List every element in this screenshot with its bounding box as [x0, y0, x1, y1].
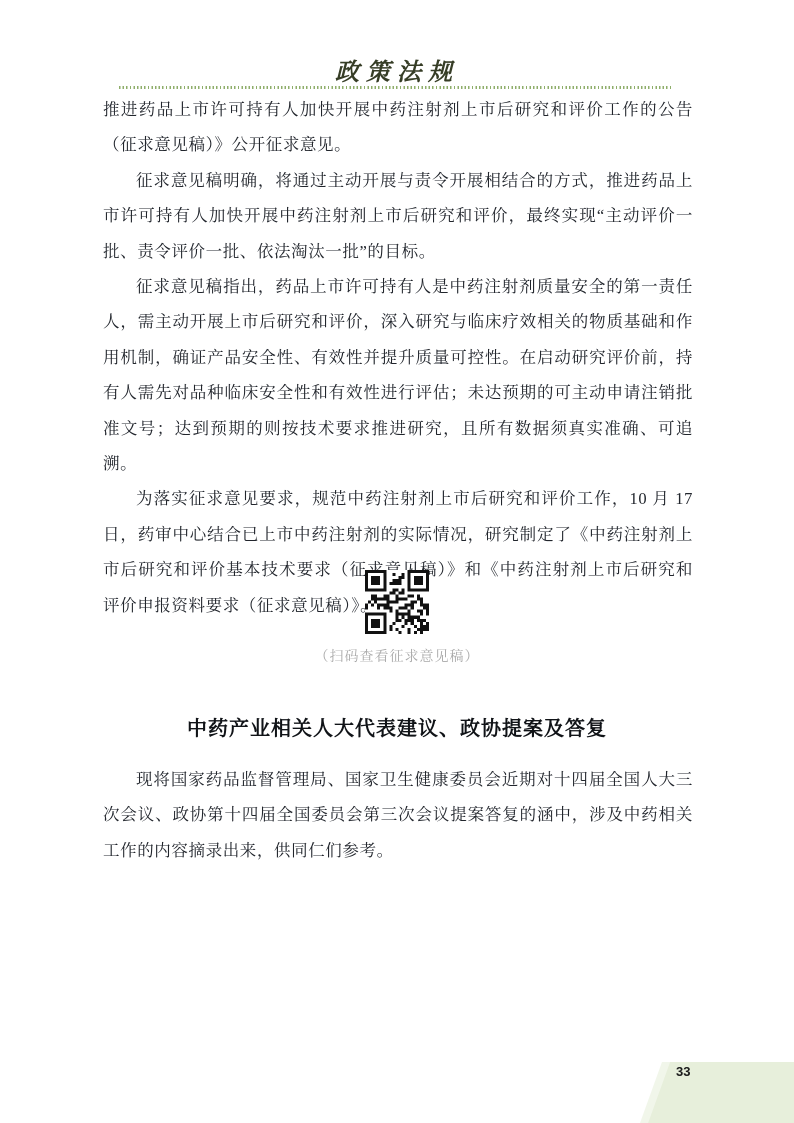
paragraph: 征求意见稿明确，将通过主动开展与责令开展相结合的方式，推进药品上市许可持有人加快… — [103, 163, 693, 269]
footer-green-band — [640, 1060, 794, 1123]
paragraph: 征求意见稿指出，药品上市许可持有人是中药注射剂质量安全的第一责任人，需主动开展上… — [103, 269, 693, 481]
document-page: 政策法规 推进药品上市许可持有人加快开展中药注射剂上市后研究和评价工作的公告（征… — [0, 0, 794, 1123]
article-proposals-body: 现将国家药品监督管理局、国家卫生健康委员会近期对十四届全国人大三次会议、政协第十… — [103, 762, 693, 868]
section-heading: 中药产业相关人大代表建议、政协提案及答复 — [0, 712, 794, 741]
qr-code-container — [0, 570, 794, 639]
qr-caption: （扫码查看征求意见稿） — [0, 646, 794, 666]
page-number: 33 — [676, 1064, 690, 1079]
paragraph: 现将国家药品监督管理局、国家卫生健康委员会近期对十四届全国人大三次会议、政协第十… — [103, 762, 693, 868]
qr-code — [365, 570, 429, 634]
paragraph: 推进药品上市许可持有人加快开展中药注射剂上市后研究和评价工作的公告（征求意见稿）… — [103, 92, 693, 163]
page-header-title: 政策法规 — [0, 52, 794, 87]
article-policy-body: 推进药品上市许可持有人加快开展中药注射剂上市后研究和评价工作的公告（征求意见稿）… — [103, 92, 693, 623]
header-dotted-divider — [119, 86, 671, 89]
